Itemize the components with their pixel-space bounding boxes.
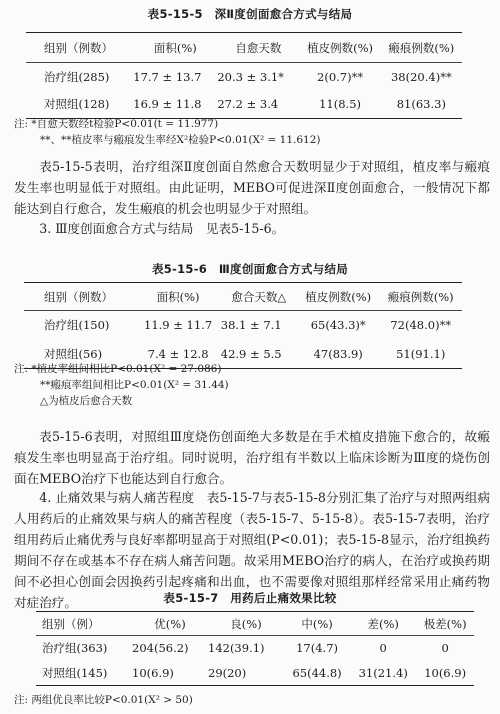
cell: 10(6.9) [416,661,474,686]
table1-note: **、**植皮率与瘢痕发生率经X²检验P<0.01(X² = 11.612) [40,133,321,148]
table3-header: 差(%) [350,612,416,636]
cell: 38.1 ± 7.1 [221,311,297,340]
cell: 对照组(128) [26,91,133,119]
table3-header: 极差(%) [416,612,474,636]
cell: 10(6.9) [132,661,208,686]
table1-caption: 表5-15-5 深Ⅱ度创面愈合方式与结局 [0,6,500,22]
table2-header: 面积(%) [135,283,220,311]
table-row: 治疗组(150) 11.9 ± 11.7 38.1 ± 7.1 65(43.3)… [24,311,462,340]
table3-header: 优(%) [132,612,208,636]
cell: 17(4.7) [284,636,350,661]
cell: 对照组(145) [36,661,132,686]
cell: 2(0.7)** [299,63,380,91]
table2-header: 组别（例数） [24,283,135,311]
cell: 治疗组(285) [26,63,133,91]
table2-header: 愈合天数△ [221,283,297,311]
cell: 17.7 ± 13.7 [133,63,217,91]
cell: 11(8.5) [299,91,380,119]
cell: 0 [350,636,416,661]
table1-header: 面积(%) [133,33,217,63]
cell: 65(43.3)* [297,311,380,340]
table2-caption: 表5-15-6 Ⅲ度创面愈合方式与结局 [0,261,500,277]
table3: 组别（例） 优(%) 良(%) 中(%) 差(%) 极差(%) 治疗组(363)… [36,611,474,686]
cell: 27.2 ± 3.4 [217,91,299,119]
section-heading: 3. Ⅲ度创面愈合方式与结局 见表5-15-6。 [14,218,490,239]
table-row: 治疗组(363) 204(56.2) 142(39.1) 17(4.7) 0 0 [36,636,474,661]
cell: 29(20) [208,661,284,686]
table-row: 对照组(128) 16.9 ± 11.8 27.2 ± 3.4 11(8.5) … [26,91,462,119]
cell: 72(48.0)** [379,311,462,340]
cell: 11.9 ± 11.7 [135,311,220,340]
cell: 16.9 ± 11.8 [133,91,217,119]
table1-note: 注: *自愈天数经t检验P<0.01(t = 11.977) [14,117,218,132]
cell: 治疗组(363) [36,636,132,661]
cell: 51(91.1) [379,340,462,369]
cell: 65(44.8) [284,661,350,686]
table1-header: 植皮例数(%) [299,33,380,63]
table-row: 对照组(145) 10(6.9) 29(20) 65(44.8) 31(21.4… [36,661,474,686]
table1-header: 瘢痕例数(%) [381,33,462,63]
paragraph: 表5-15-5表明，治疗组深Ⅱ度创面自然愈合天数明显少于对照组，植皮率与瘢痕发生… [14,156,490,219]
cell: 0 [416,636,474,661]
cell: 204(56.2) [132,636,208,661]
table2-note: **瘢痕率组间相比P<0.01(X² = 31.44) [40,378,229,393]
table2-header: 植皮例数(%) [297,283,380,311]
table3-note: 注: 两组优良率比较P<0.01(X² > 50) [14,693,193,708]
table1-header: 自愈天数 [217,33,299,63]
table2-note: △为植皮后愈合天数 [40,394,132,409]
cell: 20.3 ± 3.1* [217,63,299,91]
table-row: 治疗组(285) 17.7 ± 13.7 20.3 ± 3.1* 2(0.7)*… [26,63,462,91]
table2-header: 瘢痕例数(%) [379,283,462,311]
paragraph: 表5-15-6表明，对照组Ⅲ度烧伤创面绝大多数是在手术植皮措施下愈合的，故瘢痕发… [14,426,490,489]
table3-header: 良(%) [208,612,284,636]
table1: 组别（例数） 面积(%) 自愈天数 植皮例数(%) 瘢痕例数(%) 治疗组(28… [26,32,462,119]
table2: 组别（例数） 面积(%) 愈合天数△ 植皮例数(%) 瘢痕例数(%) 治疗组(1… [24,282,462,369]
cell: 142(39.1) [208,636,284,661]
table2-note: 注: *植皮率组间相比P<0.01(X² = 27.086) [14,362,221,377]
cell: 治疗组(150) [24,311,135,340]
cell: 38(20.4)** [381,63,462,91]
table3-caption: 表5-15-7 用药后止痛效果比较 [0,590,500,606]
table3-header: 中(%) [284,612,350,636]
cell: 42.9 ± 5.5 [221,340,297,369]
table1-header: 组别（例数） [26,33,133,63]
cell: 81(63.3) [381,91,462,119]
table3-header: 组别（例） [36,612,132,636]
cell: 31(21.4) [350,661,416,686]
cell: 47(83.9) [297,340,380,369]
